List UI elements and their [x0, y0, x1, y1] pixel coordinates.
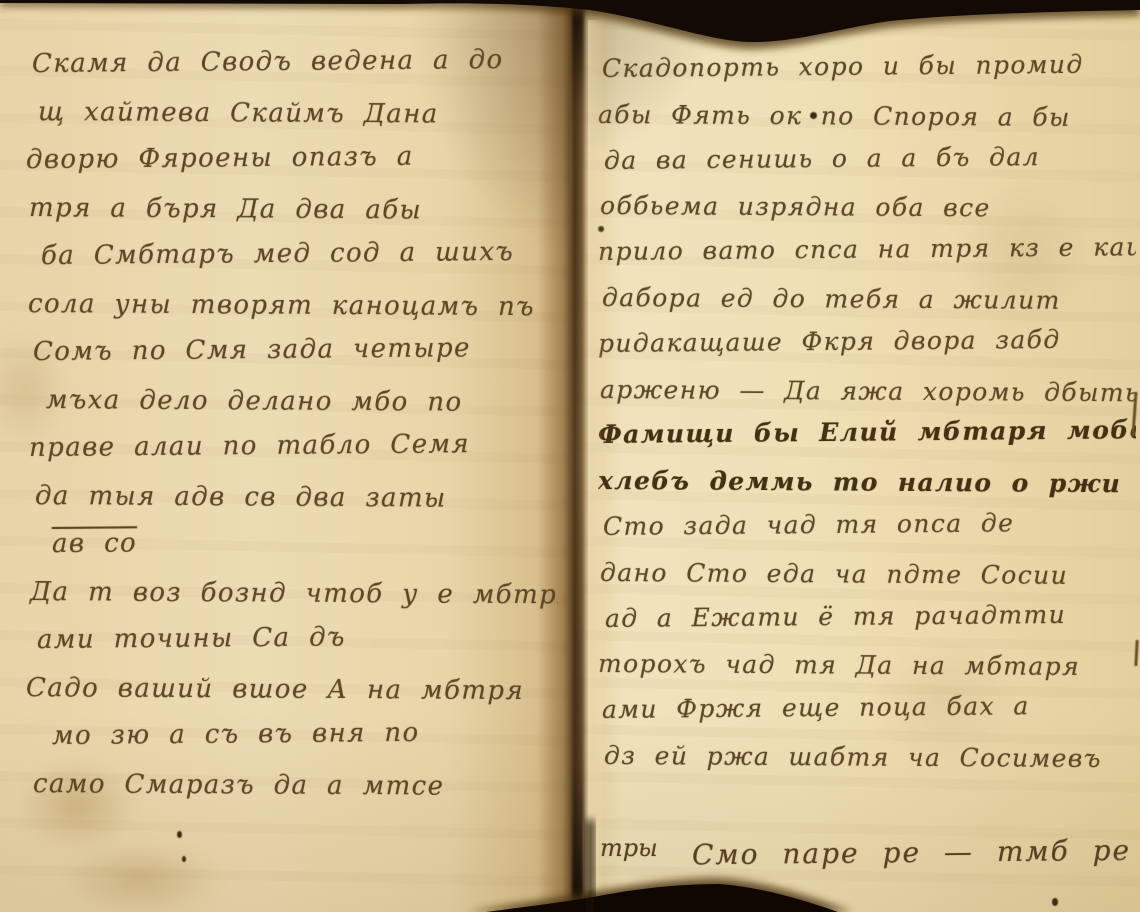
- manuscript-line: ами Фржя еще поца бах а: [602, 682, 1136, 732]
- manuscript-line: Сомъ по Смя зада четыре: [33, 323, 558, 376]
- manuscript-line: Скадопорть хоро и бы промид: [602, 46, 1136, 92]
- manuscript-line: ами точины Са дъ: [37, 611, 558, 664]
- manuscript-line: прило вато спса на тря кз е каш: [598, 224, 1136, 274]
- manuscript-photo: Скамя да Сводъ ведена а до щ хайтева Ска…: [0, 0, 1140, 912]
- manuscript-line: ба Смбтаръ мед сод а шихъ: [41, 227, 558, 280]
- ink-speck: [598, 226, 604, 232]
- manuscript-line: праве алаи по табло Семя: [29, 419, 558, 472]
- manuscript-line: Скамя да Сводъ ведена а до: [32, 40, 558, 88]
- manuscript-footer-word: тры: [600, 834, 658, 862]
- left-page-text: Скамя да Сводъ ведена а до щ хайтева Ска…: [26, 40, 558, 830]
- manuscript-line: ридакащаше Фкря двора забд: [598, 316, 1136, 366]
- paper-stain: [60, 845, 220, 912]
- manuscript-line: ав со: [52, 516, 558, 568]
- manuscript-line: Сто зада чад тя опса де: [603, 499, 1136, 549]
- ink-speck: [182, 856, 186, 862]
- ink-speck: [810, 112, 817, 119]
- manuscript-footer-line: Смо паре ре — тмб ре: [692, 834, 1131, 872]
- ink-speck: [177, 831, 182, 838]
- manuscript-line: ад а Ежати ё тя рачадтти: [605, 591, 1136, 641]
- manuscript-line: мо зю а съ въ вня по: [52, 708, 558, 760]
- manuscript-line: дворю Фяроены опазъ а: [26, 131, 558, 184]
- right-page-text: Скадопорть хоро и бы промид абы Фять ок …: [598, 46, 1136, 806]
- manuscript-line: само Смаразъ да а мтсе: [33, 760, 558, 811]
- ink-speck: [1052, 898, 1058, 906]
- manuscript-line: да ва сенишь о а а бъ дал: [604, 133, 1136, 183]
- manuscript-line: Фамищи бы Елий мбтаря мобо: [598, 408, 1136, 458]
- manuscript-line: дз ей ржа шабтя ча Сосимевъ: [604, 733, 1136, 782]
